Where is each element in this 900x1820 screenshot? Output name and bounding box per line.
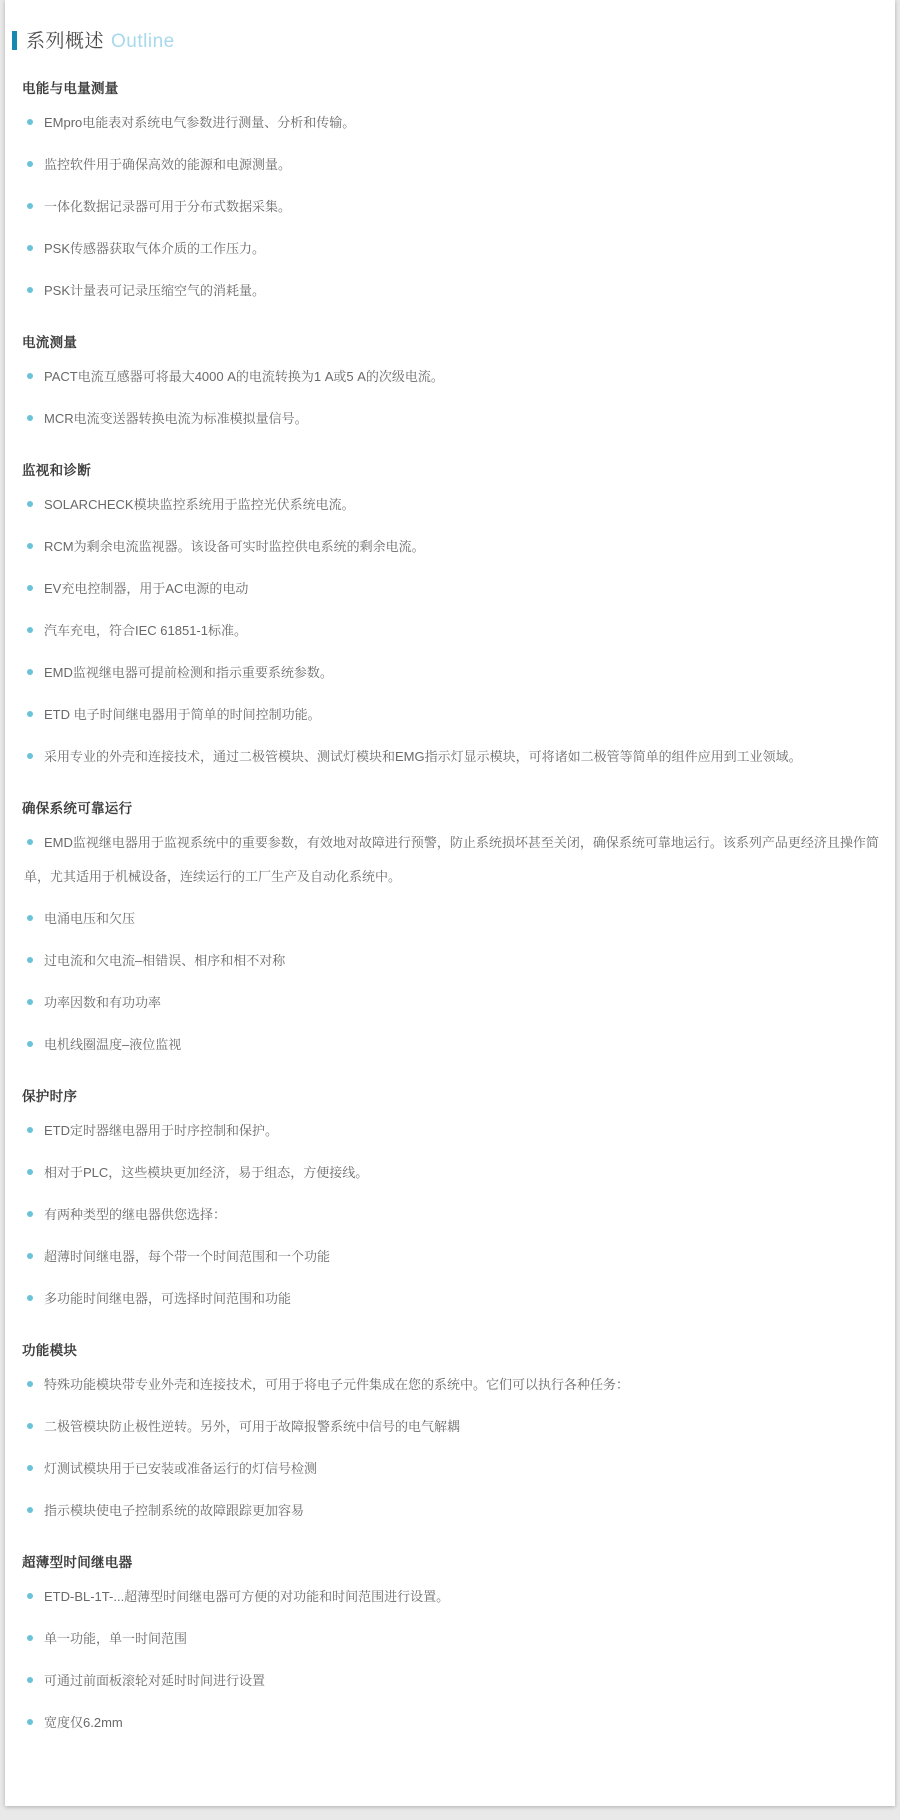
page-header: 系列概述Outline (5, 30, 895, 54)
bullet-item: EV充电控制器，用于AC电源的电动 (24, 572, 879, 606)
accent-bar-icon (12, 31, 17, 50)
content-card: 系列概述Outline 电能与电量测量 EMpro电能表对系统电气参数进行测量、… (5, 0, 895, 1806)
bullet-list: ETD-BL-1T-...超薄型时间继电器可方便的对功能和时间范围进行设置。单一… (22, 1580, 879, 1740)
bullet-item: 宽度仅6.2mm (24, 1706, 879, 1740)
bullet-item: 超薄时间继电器，每个带一个时间范围和一个功能 (24, 1240, 879, 1274)
section-title: 超薄型时间继电器 (22, 1546, 879, 1580)
bullet-dot-icon (27, 1593, 33, 1599)
bullet-item: 相对于PLC，这些模块更加经济，易于组态，方便接线。 (24, 1156, 879, 1190)
bullet-text: 指示模块使电子控制系统的故障跟踪更加容易 (44, 1503, 304, 1518)
bullet-item: SOLARCHECK模块监控系统用于监控光伏系统电流。 (24, 488, 879, 522)
bullet-list: 特殊功能模块带专业外壳和连接技术，可用于将电子元件集成在您的系统中。它们可以执行… (22, 1368, 879, 1528)
bullet-item: 电涌电压和欠压 (24, 902, 879, 936)
bullet-dot-icon (27, 161, 33, 167)
bullet-item: PSK计量表可记录压缩空气的消耗量。 (24, 274, 879, 308)
bullet-text: ETD 电子时间继电器用于简单的时间控制功能。 (44, 707, 321, 722)
section-function-modules: 功能模块 特殊功能模块带专业外壳和连接技术，可用于将电子元件集成在您的系统中。它… (22, 1334, 879, 1528)
section-ultra-thin-time-relays: 超薄型时间继电器 ETD-BL-1T-...超薄型时间继电器可方便的对功能和时间… (22, 1546, 879, 1740)
bullet-item: 监控软件用于确保高效的能源和电源测量。 (24, 148, 879, 182)
bullet-item: RCM为剩余电流监视器。该设备可实时监控供电系统的剩余电流。 (24, 530, 879, 564)
bullet-dot-icon (27, 415, 33, 421)
bullet-text: 有两种类型的继电器供您选择： (44, 1207, 226, 1222)
bullet-dot-icon (27, 1295, 33, 1301)
bullet-list: SOLARCHECK模块监控系统用于监控光伏系统电流。RCM为剩余电流监视器。该… (22, 488, 879, 774)
bullet-text: 可通过前面板滚轮对延时时间进行设置 (44, 1673, 265, 1688)
bullet-text: 特殊功能模块带专业外壳和连接技术，可用于将电子元件集成在您的系统中。它们可以执行… (44, 1377, 629, 1392)
bullet-item: PACT电流互感器可将最大4000 A的电流转换为1 A或5 A的次级电流。 (24, 360, 879, 394)
bullet-text: PSK传感器获取气体介质的工作压力。 (44, 241, 265, 256)
bullet-text: 功率因数和有功功率 (44, 995, 161, 1010)
bullet-item: ETD定时器继电器用于时序控制和保护。 (24, 1114, 879, 1148)
bullet-item: 有两种类型的继电器供您选择： (24, 1198, 879, 1232)
bullet-dot-icon (27, 1127, 33, 1133)
bullet-item: 灯测试模块用于已安装或准备运行的灯信号检测 (24, 1452, 879, 1486)
bullet-text: EMD监视继电器可提前检测和指示重要系统参数。 (44, 665, 333, 680)
bullet-text: 灯测试模块用于已安装或准备运行的灯信号检测 (44, 1461, 317, 1476)
outline-content: 电能与电量测量 EMpro电能表对系统电气参数进行测量、分析和传输。监控软件用于… (5, 72, 895, 1754)
bullet-text: 超薄时间继电器，每个带一个时间范围和一个功能 (44, 1249, 330, 1264)
bullet-item: PSK传感器获取气体介质的工作压力。 (24, 232, 879, 266)
bullet-text: RCM为剩余电流监视器。该设备可实时监控供电系统的剩余电流。 (44, 539, 425, 554)
bullet-text: 相对于PLC，这些模块更加经济，易于组态，方便接线。 (44, 1165, 368, 1180)
bullet-text: 采用专业的外壳和连接技术，通过二极管模块、测试灯模块和EMG指示灯显示模块，可将… (44, 749, 802, 764)
bullet-text: ETD定时器继电器用于时序控制和保护。 (44, 1123, 278, 1138)
bullet-text: PACT电流互感器可将最大4000 A的电流转换为1 A或5 A的次级电流。 (44, 369, 444, 384)
bullet-text: PSK计量表可记录压缩空气的消耗量。 (44, 283, 265, 298)
section-title: 监视和诊断 (22, 454, 879, 488)
bullet-dot-icon (27, 585, 33, 591)
bullet-dot-icon (27, 1381, 33, 1387)
page-title: 系列概述 (26, 31, 104, 52)
bullet-item: 特殊功能模块带专业外壳和连接技术，可用于将电子元件集成在您的系统中。它们可以执行… (24, 1368, 879, 1402)
bullet-text: 宽度仅6.2mm (44, 1715, 123, 1730)
bullet-item: EMD监视继电器可提前检测和指示重要系统参数。 (24, 656, 879, 690)
bullet-text: 单一功能，单一时间范围 (44, 1631, 187, 1646)
bullet-item: ETD-BL-1T-...超薄型时间继电器可方便的对功能和时间范围进行设置。 (24, 1580, 879, 1614)
page-subtitle: Outline (111, 31, 175, 52)
bullet-item: 单一功能，单一时间范围 (24, 1622, 879, 1656)
bullet-dot-icon (27, 627, 33, 633)
bullet-item: 可通过前面板滚轮对延时时间进行设置 (24, 1664, 879, 1698)
section-energy-measurement: 电能与电量测量 EMpro电能表对系统电气参数进行测量、分析和传输。监控软件用于… (22, 72, 879, 308)
bullet-list: PACT电流互感器可将最大4000 A的电流转换为1 A或5 A的次级电流。MC… (22, 360, 879, 436)
bullet-dot-icon (27, 1041, 33, 1047)
bullet-list: ETD定时器继电器用于时序控制和保护。相对于PLC，这些模块更加经济，易于组态，… (22, 1114, 879, 1316)
bullet-dot-icon (27, 669, 33, 675)
bullet-list: EMpro电能表对系统电气参数进行测量、分析和传输。监控软件用于确保高效的能源和… (22, 106, 879, 308)
bullet-dot-icon (27, 753, 33, 759)
bullet-dot-icon (27, 1423, 33, 1429)
bullet-item: 电机线圈温度–液位监视 (24, 1028, 879, 1062)
bullet-dot-icon (27, 501, 33, 507)
section-title: 保护时序 (22, 1080, 879, 1114)
bullet-dot-icon (27, 957, 33, 963)
bullet-dot-icon (27, 711, 33, 717)
bullet-text: 二极管模块防止极性逆转。另外，可用于故障报警系统中信号的电气解耦 (44, 1419, 460, 1434)
bullet-item: 过电流和欠电流–相错误、相序和相不对称 (24, 944, 879, 978)
bullet-item: ETD 电子时间继电器用于简单的时间控制功能。 (24, 698, 879, 732)
bullet-dot-icon (27, 119, 33, 125)
bullet-dot-icon (27, 543, 33, 549)
bullet-text: EV充电控制器，用于AC电源的电动 (44, 581, 248, 596)
bullet-dot-icon (27, 1169, 33, 1175)
bullet-dot-icon (27, 839, 33, 845)
bullet-item: 指示模块使电子控制系统的故障跟踪更加容易 (24, 1494, 879, 1528)
bullet-dot-icon (27, 1719, 33, 1725)
bullet-text: 一体化数据记录器可用于分布式数据采集。 (44, 199, 291, 214)
bullet-text: MCR电流变送器转换电流为标准模拟量信号。 (44, 411, 308, 426)
bullet-item: 二极管模块防止极性逆转。另外，可用于故障报警系统中信号的电气解耦 (24, 1410, 879, 1444)
bullet-dot-icon (27, 245, 33, 251)
bullet-item: EMpro电能表对系统电气参数进行测量、分析和传输。 (24, 106, 879, 140)
bullet-text: SOLARCHECK模块监控系统用于监控光伏系统电流。 (44, 497, 355, 512)
bullet-item: MCR电流变送器转换电流为标准模拟量信号。 (24, 402, 879, 436)
bullet-dot-icon (27, 1253, 33, 1259)
bullet-dot-icon (27, 1465, 33, 1471)
bullet-text: 汽车充电，符合IEC 61851-1标准。 (44, 623, 247, 638)
bullet-text: 电涌电压和欠压 (44, 911, 135, 926)
bullet-text: EMD监视继电器用于监视系统中的重要参数，有效地对故障进行预警，防止系统损坏甚至… (24, 835, 879, 884)
bullet-dot-icon (27, 1677, 33, 1683)
bullet-item: 一体化数据记录器可用于分布式数据采集。 (24, 190, 879, 224)
bullet-dot-icon (27, 287, 33, 293)
bullet-item: 汽车充电，符合IEC 61851-1标准。 (24, 614, 879, 648)
bullet-dot-icon (27, 1211, 33, 1217)
section-title: 功能模块 (22, 1334, 879, 1368)
bullet-text: ETD-BL-1T-...超薄型时间继电器可方便的对功能和时间范围进行设置。 (44, 1589, 449, 1604)
bullet-item: 功率因数和有功功率 (24, 986, 879, 1020)
bullet-dot-icon (27, 915, 33, 921)
bullet-item: 多功能时间继电器，可选择时间范围和功能 (24, 1282, 879, 1316)
bullet-text: 过电流和欠电流–相错误、相序和相不对称 (44, 953, 285, 968)
bullet-text: 监控软件用于确保高效的能源和电源测量。 (44, 157, 291, 172)
section-monitoring-diagnostics: 监视和诊断 SOLARCHECK模块监控系统用于监控光伏系统电流。RCM为剩余电… (22, 454, 879, 774)
bullet-dot-icon (27, 373, 33, 379)
bullet-text: 多功能时间继电器，可选择时间范围和功能 (44, 1291, 291, 1306)
bullet-dot-icon (27, 1635, 33, 1641)
section-title: 确保系统可靠运行 (22, 792, 879, 826)
bullet-item: EMD监视继电器用于监视系统中的重要参数，有效地对故障进行预警，防止系统损坏甚至… (24, 826, 879, 894)
bullet-dot-icon (27, 1507, 33, 1513)
section-title: 电流测量 (22, 326, 879, 360)
section-title: 电能与电量测量 (22, 72, 879, 106)
section-current-measurement: 电流测量 PACT电流互感器可将最大4000 A的电流转换为1 A或5 A的次级… (22, 326, 879, 436)
bullet-text: 电机线圈温度–液位监视 (44, 1037, 181, 1052)
bullet-dot-icon (27, 203, 33, 209)
bullet-item: 采用专业的外壳和连接技术，通过二极管模块、测试灯模块和EMG指示灯显示模块，可将… (24, 740, 879, 774)
section-system-reliability: 确保系统可靠运行 EMD监视继电器用于监视系统中的重要参数，有效地对故障进行预警… (22, 792, 879, 1062)
bullet-text: EMpro电能表对系统电气参数进行测量、分析和传输。 (44, 115, 355, 130)
bullet-list: EMD监视继电器用于监视系统中的重要参数，有效地对故障进行预警，防止系统损坏甚至… (22, 826, 879, 1062)
section-protection-timing: 保护时序 ETD定时器继电器用于时序控制和保护。相对于PLC，这些模块更加经济，… (22, 1080, 879, 1316)
bullet-dot-icon (27, 999, 33, 1005)
